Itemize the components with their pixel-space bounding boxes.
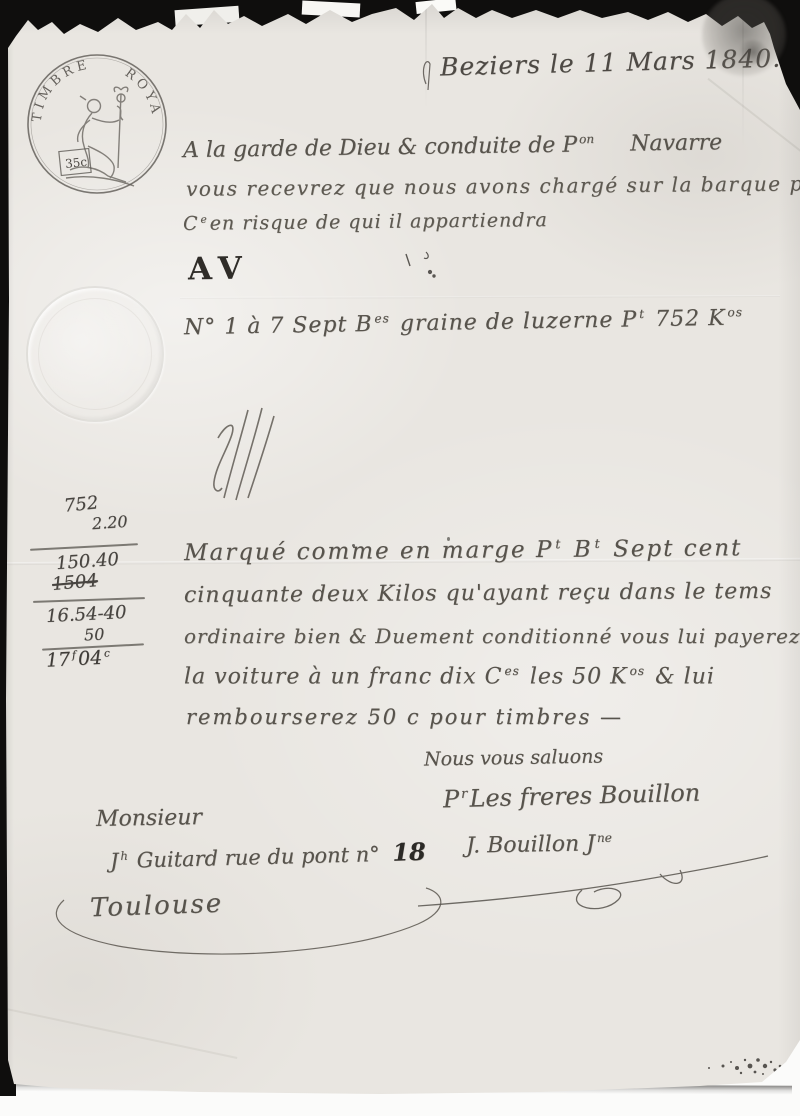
calc-rule: [30, 543, 138, 551]
ink-speck: [447, 537, 450, 541]
stamp-word-timbre: TIMBRE: [30, 57, 92, 123]
superscript: ne: [597, 831, 612, 845]
salutation-text: C: [183, 213, 199, 235]
calc-rate: 2.20: [91, 512, 128, 533]
embossed-blind-seal: [26, 286, 164, 422]
calc-total-francs: 17: [45, 648, 70, 671]
pen-tally-flourish: [192, 400, 297, 508]
signature-paraph-flourish: [412, 848, 777, 923]
cargo-weight: 752 K: [655, 306, 726, 332]
body-text: Marqué comme en marge P: [184, 537, 554, 566]
address-street-line: Jh Guitard rue du pont n° 18: [110, 837, 426, 874]
body-line-5: rembourserez 50 c pour timbres —: [186, 705, 623, 729]
salutation-text: en risque de qui il appartiendra: [210, 209, 548, 235]
scanned-letter-page: TIMBRE ROYAL 35c: [0, 0, 800, 1116]
calc-rule: [33, 597, 145, 603]
paper-sheet: TIMBRE ROYAL 35c: [0, 0, 800, 1116]
body-text: la voiture à un franc dix C: [184, 664, 502, 689]
cargo-text: graine de luzerne P: [400, 307, 638, 336]
closing-salute: Nous vous saluons: [424, 745, 603, 770]
firm-signature-line: PrLes freres Bouillon: [443, 779, 701, 814]
calc-struck-value: 1504: [51, 570, 98, 595]
street-text: Guitard rue du pont n°: [136, 842, 380, 872]
superscript: os: [727, 305, 743, 319]
dateline-lead-flourish: [416, 44, 442, 96]
body-text: les 50 K: [530, 664, 628, 689]
fold-crease: [180, 295, 780, 299]
body-line-2: cinquante deux Kilos qu'ayant reçu dans …: [184, 579, 772, 608]
svg-text:TIMBRE: TIMBRE: [30, 57, 92, 123]
salutation-text: A la garde de Dieu & conduite de P: [183, 133, 577, 164]
ink-speck: [352, 544, 355, 547]
signature-text: P: [443, 785, 460, 813]
addressee-initial: J: [110, 849, 119, 873]
address-title: Monsieur: [96, 805, 202, 832]
body-text: & lui: [655, 664, 715, 689]
firm-name: Les freres Bouillon: [469, 779, 700, 813]
timbre-royal-stamp: TIMBRE ROYAL 35c: [22, 50, 172, 200]
street-number: 18: [392, 837, 426, 867]
body-line-3: ordinaire bien & Duement conditionné vou…: [184, 624, 800, 648]
body-text: B: [574, 537, 593, 563]
superscript: os: [630, 664, 646, 678]
stamp-denomination: 35c: [64, 155, 88, 171]
calc-stamp-fee: 50: [84, 624, 105, 644]
superscript: t: [595, 536, 602, 551]
body-text: Sept cent: [613, 535, 742, 562]
calc-total-centimes: 04: [77, 647, 102, 670]
superscript: h: [120, 849, 128, 863]
mercury-figure-icon: [66, 87, 134, 186]
calc-total: 17f04c: [45, 646, 112, 671]
stain-top-right-core: [738, 40, 768, 64]
superscript: c: [104, 647, 110, 659]
ink-speck-cluster: [400, 246, 446, 286]
cargo-line: N° 1 à 7 Sept Bes graine de luzerne Pt 7…: [184, 305, 745, 340]
patron-name: Navarre: [630, 131, 722, 157]
superscript: es: [504, 664, 519, 678]
shipper-mark-av: AV: [188, 250, 250, 287]
body-line-1: Marqué comme en marge Pt Bt Sept cent: [184, 535, 742, 567]
city-underline-flourish: [28, 872, 463, 964]
cargo-text: N° 1 à 7 Sept B: [184, 312, 373, 340]
superscript: on: [579, 132, 594, 146]
superscript: t: [555, 536, 562, 551]
superscript: es: [374, 311, 390, 325]
calc-freight: 16.54-40: [46, 602, 128, 627]
fold-crease: [0, 1003, 237, 1059]
stamp-outer-ring: [28, 55, 166, 193]
salutation-line-2: vous recevrez que nous avons chargé sur …: [186, 171, 800, 201]
salutation-line-3: Ceen risque de qui il appartiendra: [183, 209, 548, 235]
superscript: r: [461, 787, 468, 802]
superscript: e: [200, 213, 207, 225]
ink-speckles-bottom-right: [695, 1048, 790, 1088]
embossed-seal-inner-ring: [38, 298, 152, 410]
superscript: f: [72, 649, 76, 661]
salutation-line-1: A la garde de Dieu & conduite de PonNava…: [183, 130, 723, 163]
superscript: t: [639, 307, 645, 321]
body-line-4: la voiture à un franc dix Ces les 50 Kos…: [184, 664, 715, 689]
